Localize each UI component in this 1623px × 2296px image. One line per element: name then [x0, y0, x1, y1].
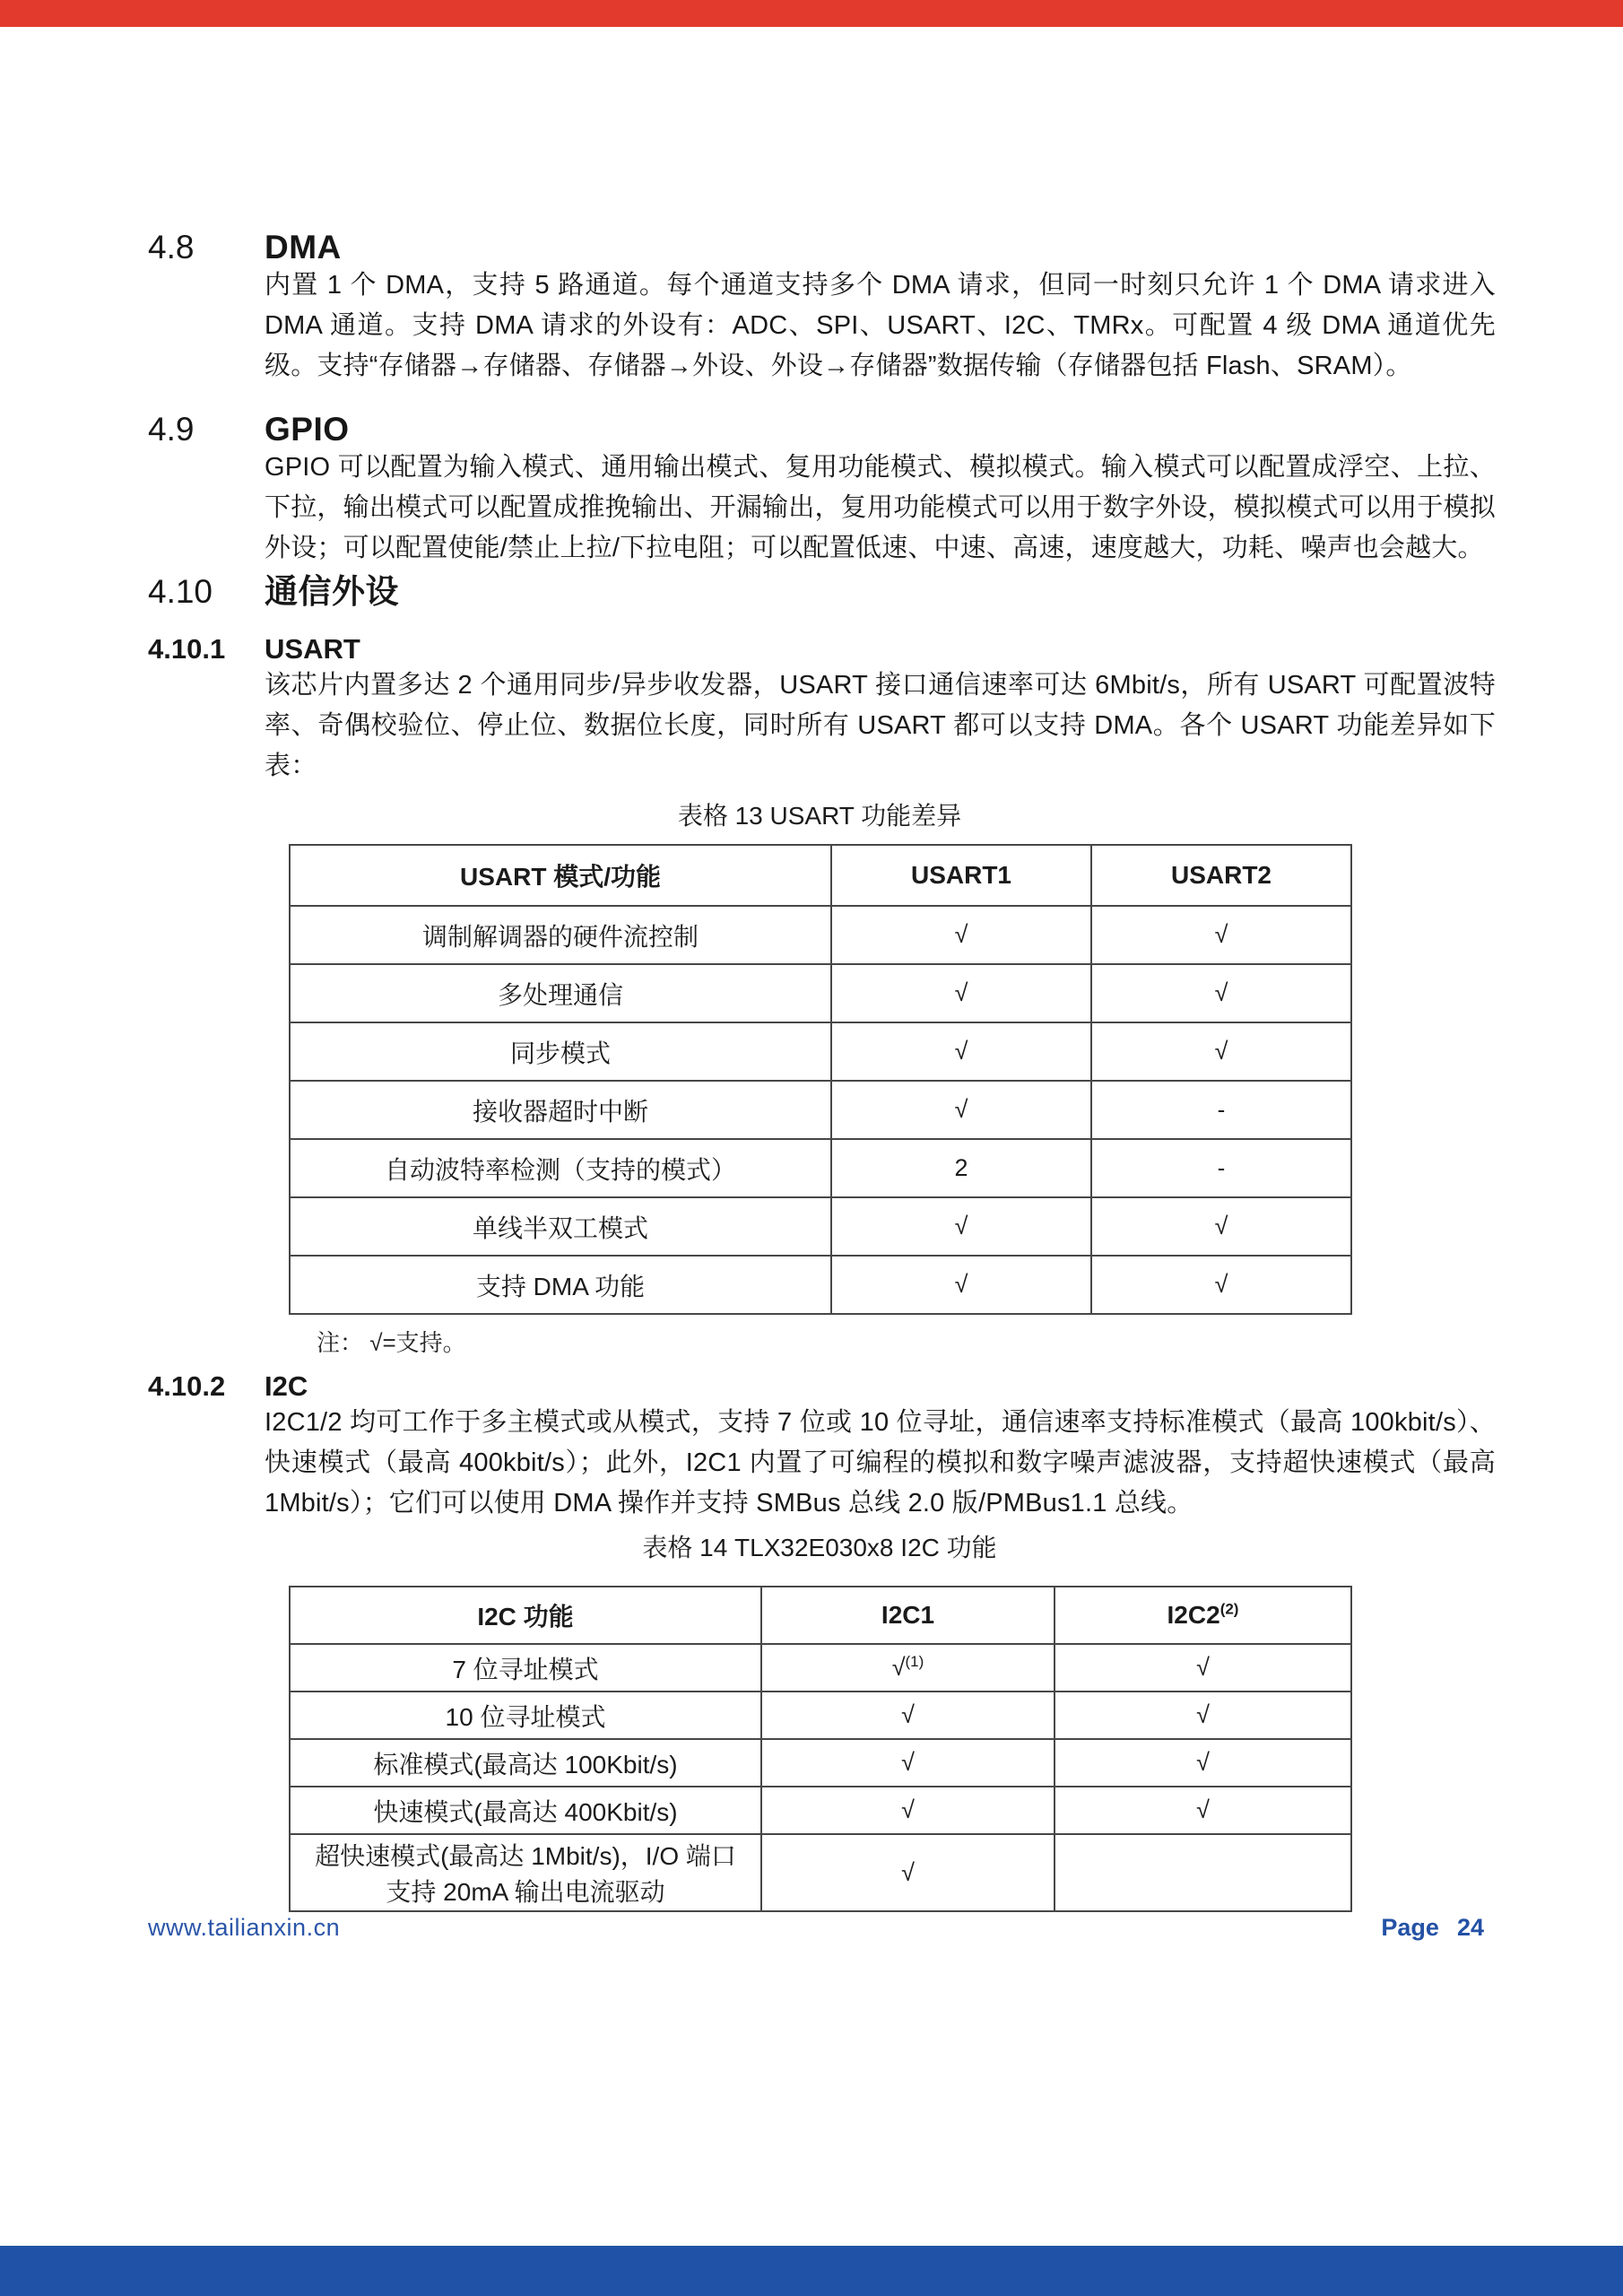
page-footer: www.tailianxin.cn Page 24 — [148, 1912, 1484, 1943]
page-number: Page 24 — [1381, 1912, 1484, 1943]
usart2-cell: √ — [1091, 964, 1351, 1022]
usart2-cell: √ — [1091, 1256, 1351, 1314]
feature-cell: 超快速模式(最高达 1Mbit/s)，I/O 端口支持 20mA 输出电流驱动 — [290, 1834, 761, 1911]
section-number: 4.8 — [148, 230, 265, 265]
i2c1-cell: √ — [761, 1787, 1055, 1834]
subsection-number: 4.10.2 — [148, 1370, 265, 1403]
i2c-feature-table: I2C 功能 I2C1 I2C2(2) 7 位寻址模式 √(1) √ 10 位寻… — [289, 1586, 1352, 1912]
column-header: I2C1 — [761, 1587, 1055, 1644]
footnote-marker: (2) — [1220, 1601, 1239, 1618]
section-heading-dma: 4.8 DMA — [0, 230, 1623, 265]
i2c2-cell: √ — [1055, 1787, 1351, 1834]
usart1-cell: √ — [831, 1022, 1091, 1081]
usart-paragraph: 该芯片内置多达 2 个通用同步/异步收发器，USART 接口通信速率可达 6Mb… — [265, 665, 1496, 787]
section-title: DMA — [265, 230, 342, 265]
usart2-cell: √ — [1091, 906, 1351, 964]
i2c1-cell: √ — [761, 1834, 1055, 1911]
section-title: GPIO — [265, 412, 350, 448]
table-row: 单线半双工模式 √ √ — [290, 1197, 1351, 1256]
column-header: I2C 功能 — [290, 1587, 761, 1644]
usart1-cell: √ — [831, 964, 1091, 1022]
usart1-cell: √ — [831, 1256, 1091, 1314]
check-mark: √ — [892, 1654, 906, 1681]
dma-paragraph: 内置 1 个 DMA，支持 5 路通道。每个通道支持多个 DMA 请求，但同一时… — [265, 265, 1496, 387]
section-heading-gpio: 4.9 GPIO — [0, 412, 1623, 448]
feature-cell: 多处理通信 — [290, 964, 831, 1022]
i2c1-cell: √ — [761, 1739, 1055, 1787]
usart1-cell: √ — [831, 1197, 1091, 1256]
usart2-cell: √ — [1091, 1022, 1351, 1081]
table-row: 接收器超时中断 √ - — [290, 1081, 1351, 1139]
table-note: 注： √=支持。 — [317, 1329, 1623, 1356]
column-header: USART 模式/功能 — [290, 845, 831, 906]
table-row: 标准模式(最高达 100Kbit/s) √ √ — [290, 1739, 1351, 1787]
feature-cell: 10 位寻址模式 — [290, 1692, 761, 1739]
subsection-title: USART — [265, 633, 360, 665]
column-header-text: I2C2 — [1167, 1601, 1220, 1629]
subsection-number: 4.10.1 — [148, 633, 265, 665]
column-header: I2C2(2) — [1055, 1587, 1351, 1644]
subsection-heading-usart: 4.10.1 USART — [0, 633, 1623, 665]
table-row: 调制解调器的硬件流控制 √ √ — [290, 906, 1351, 964]
table-header-row: I2C 功能 I2C1 I2C2(2) — [290, 1587, 1351, 1644]
section-number: 4.9 — [148, 412, 265, 448]
feature-cell: 支持 DMA 功能 — [290, 1256, 831, 1314]
top-accent-bar — [0, 0, 1623, 27]
feature-cell: 7 位寻址模式 — [290, 1644, 761, 1692]
i2c2-cell: √ — [1055, 1692, 1351, 1739]
footer-site-link[interactable]: www.tailianxin.cn — [148, 1912, 340, 1943]
i2c-paragraph: I2C1/2 均可工作于多主模式或从模式，支持 7 位或 10 位寻址，通信速率… — [265, 1403, 1496, 1524]
page-number-value: 24 — [1457, 1912, 1484, 1943]
i2c1-cell: √ — [761, 1692, 1055, 1739]
column-header: USART1 — [831, 845, 1091, 906]
usart2-cell: - — [1091, 1081, 1351, 1139]
feature-cell: 快速模式(最高达 400Kbit/s) — [290, 1787, 761, 1834]
gpio-paragraph: GPIO 可以配置为输入模式、通用输出模式、复用功能模式、模拟模式。输入模式可以… — [265, 448, 1496, 569]
table-row: 7 位寻址模式 √(1) √ — [290, 1644, 1351, 1692]
table-row: 自动波特率检测（支持的模式） 2 - — [290, 1139, 1351, 1197]
page-label: Page — [1381, 1912, 1439, 1943]
bottom-accent-bar — [0, 2246, 1623, 2296]
footnote-marker: (1) — [906, 1653, 924, 1670]
feature-cell: 调制解调器的硬件流控制 — [290, 906, 831, 964]
usart2-cell: √ — [1091, 1197, 1351, 1256]
i2c2-cell — [1055, 1834, 1351, 1911]
section-number: 4.10 — [148, 574, 265, 610]
table-row: 同步模式 √ √ — [290, 1022, 1351, 1081]
feature-cell: 标准模式(最高达 100Kbit/s) — [290, 1739, 761, 1787]
table-row: 支持 DMA 功能 √ √ — [290, 1256, 1351, 1314]
table13-caption: 表格 13 USART 功能差异 — [289, 801, 1350, 831]
i2c1-cell: √(1) — [761, 1644, 1055, 1692]
usart1-cell: √ — [831, 906, 1091, 964]
table-row: 快速模式(最高达 400Kbit/s) √ √ — [290, 1787, 1351, 1834]
subsection-title: I2C — [265, 1370, 308, 1403]
document-page: 4.8 DMA 内置 1 个 DMA，支持 5 路通道。每个通道支持多个 DMA… — [0, 27, 1623, 1943]
usart2-cell: - — [1091, 1139, 1351, 1197]
i2c2-cell: √ — [1055, 1739, 1351, 1787]
usart1-cell: 2 — [831, 1139, 1091, 1197]
feature-cell: 自动波特率检测（支持的模式） — [290, 1139, 831, 1197]
table-header-row: USART 模式/功能 USART1 USART2 — [290, 845, 1351, 906]
feature-cell: 同步模式 — [290, 1022, 831, 1081]
table14-caption: 表格 14 TLX32E030x8 I2C 功能 — [289, 1533, 1350, 1563]
section-title: 通信外设 — [265, 574, 399, 610]
table-row: 10 位寻址模式 √ √ — [290, 1692, 1351, 1739]
usart1-cell: √ — [831, 1081, 1091, 1139]
section-heading-comm-peripherals: 4.10 通信外设 — [0, 574, 1623, 610]
subsection-heading-i2c: 4.10.2 I2C — [0, 1370, 1623, 1403]
table-row: 多处理通信 √ √ — [290, 964, 1351, 1022]
feature-cell: 接收器超时中断 — [290, 1081, 831, 1139]
column-header: USART2 — [1091, 845, 1351, 906]
i2c2-cell: √ — [1055, 1644, 1351, 1692]
feature-cell: 单线半双工模式 — [290, 1197, 831, 1256]
table-row: 超快速模式(最高达 1Mbit/s)，I/O 端口支持 20mA 输出电流驱动 … — [290, 1834, 1351, 1911]
usart-feature-table: USART 模式/功能 USART1 USART2 调制解调器的硬件流控制 √ … — [289, 844, 1352, 1315]
